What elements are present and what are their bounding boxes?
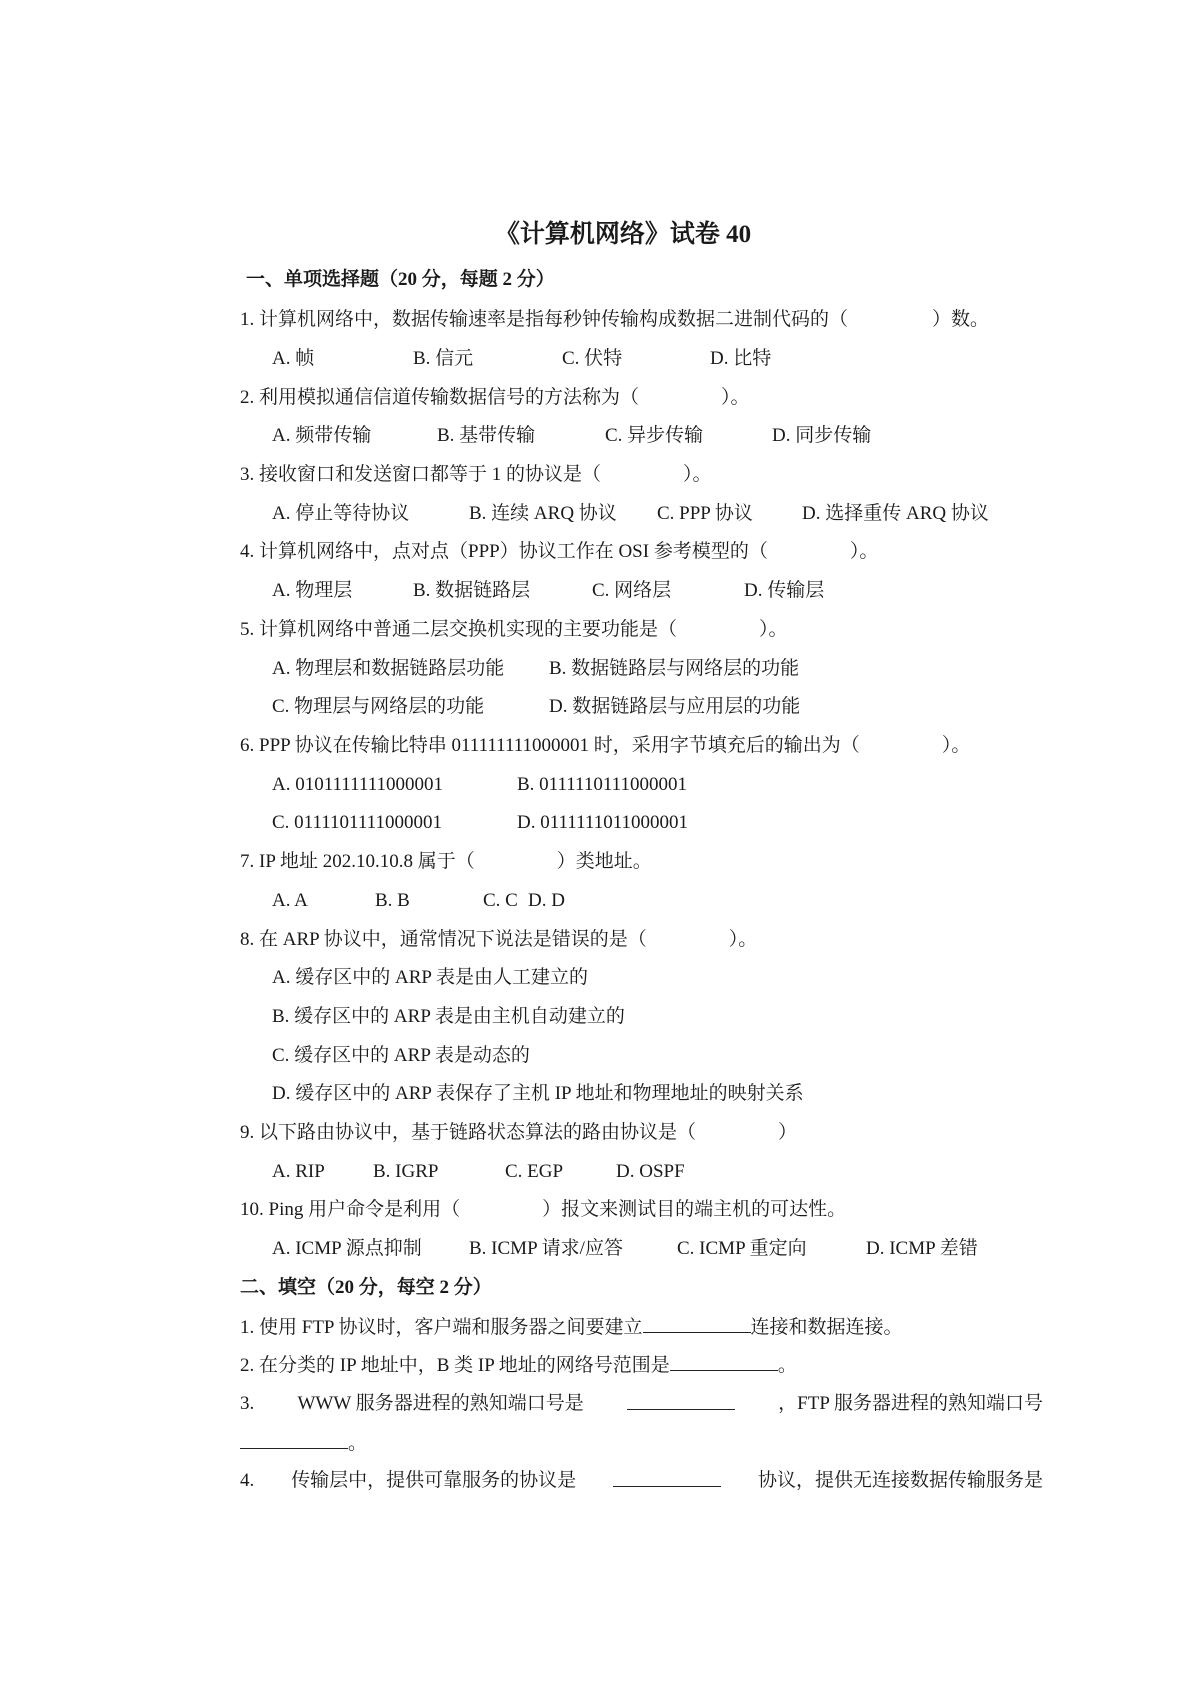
question-stem: PPP 协议在传输比特串 011111111000001 时，采用字节填充后的输… [259, 735, 860, 756]
fill-blank-4: 4. 传输层中，提供可靠服务的协议是 协议，提供无连接数据传输服务是 [240, 1466, 1043, 1496]
question-8-option-b: B. 缓存区中的 ARP 表是由主机自动建立的 [272, 1002, 625, 1032]
option-d: D. 比特 [710, 344, 771, 374]
option-c: C. 网络层 [592, 576, 671, 606]
question-5: 5. 计算机网络中普通二层交换机实现的主要功能是（）。 [240, 615, 788, 645]
question-stem: Ping 用户命令是利用（ [269, 1199, 461, 1220]
fill-blank-2: 2. 在分类的 IP 地址中，B 类 IP 地址的网络号范围是。 [240, 1350, 797, 1380]
option-c: C. PPP 协议 [657, 499, 753, 529]
question-8-option-d: D. 缓存区中的 ARP 表保存了主机 IP 地址和物理地址的映射关系 [272, 1079, 804, 1109]
option-b: B. 基带传输 [437, 421, 535, 451]
option-a: A. 频带传输 [272, 421, 371, 451]
question-3: 3. 接收窗口和发送窗口都等于 1 的协议是（）。 [240, 460, 712, 490]
option-d: D. D [528, 886, 565, 916]
question-number: 6. [240, 735, 254, 756]
question-2: 2. 利用模拟通信信道传输数据信号的方法称为（）。 [240, 383, 750, 413]
section-1-heading: 一、单项选择题（20 分，每题 2 分） [246, 265, 555, 295]
item-number: 2. [240, 1355, 254, 1376]
question-number: 9. [240, 1122, 254, 1143]
option-a: A. 帧 [272, 344, 314, 374]
option-c: C. 异步传输 [605, 421, 703, 451]
question-8-option-a: A. 缓存区中的 ARP 表是由人工建立的 [272, 963, 588, 993]
item-number: 1. [240, 1317, 254, 1338]
option-b: B. 连续 ARQ 协议 [469, 499, 617, 529]
option-b: B. B [375, 886, 410, 916]
option-a: A. 停止等待协议 [272, 499, 409, 529]
fill-blank-1: 1. 使用 FTP 协议时，客户端和服务器之间要建立连接和数据连接。 [240, 1312, 903, 1342]
question-number: 3. [240, 464, 254, 485]
option-b: B. ICMP 请求/应答 [469, 1234, 623, 1264]
section-2-heading: 二、填空（20 分，每空 2 分） [240, 1273, 492, 1303]
answer-blank [613, 1466, 721, 1487]
option-d: D. 0111111011000001 [517, 808, 688, 838]
question-number: 5. [240, 619, 254, 640]
question-number: 10. [240, 1199, 264, 1220]
option-b: B. 信元 [413, 344, 473, 374]
question-1: 1. 计算机网络中，数据传输速率是指每秒钟传输构成数据二进制代码的（）数。 [240, 305, 989, 335]
question-number: 4. [240, 541, 254, 562]
option-c: C. ICMP 重定向 [677, 1234, 807, 1264]
item-number: 3. [240, 1389, 254, 1419]
option-b: B. IGRP [373, 1157, 438, 1187]
question-number: 2. [240, 387, 254, 408]
fill-blank-3: 3. WWW 服务器进程的熟知端口号是 ，FTP 服务器进程的熟知端口号 [240, 1389, 1043, 1419]
question-stem: 计算机网络中，数据传输速率是指每秒钟传输构成数据二进制代码的（ [259, 309, 848, 330]
question-stem: 计算机网络中，点对点（PPP）协议工作在 OSI 参考模型的（ [259, 541, 768, 562]
option-b: B. 数据链路层与网络层的功能 [549, 654, 799, 684]
question-stem: 计算机网络中普通二层交换机实现的主要功能是（ [259, 619, 677, 640]
option-d: D. 同步传输 [772, 421, 871, 451]
fill-blank-3-continuation: 。 [240, 1428, 367, 1458]
option-c: C. EGP [505, 1157, 563, 1187]
option-c: C. 物理层与网络层的功能 [272, 692, 484, 722]
option-a: A. 0101111111000001 [272, 770, 443, 800]
item-number: 4. [240, 1466, 254, 1496]
option-d: D. 选择重传 ARQ 协议 [802, 499, 989, 529]
option-c: C. C [483, 886, 518, 916]
question-number: 1. [240, 309, 254, 330]
option-a: A. 物理层 [272, 576, 352, 606]
answer-blank [240, 1428, 348, 1449]
option-d: D. 数据链路层与应用层的功能 [549, 692, 800, 722]
question-8-option-c: C. 缓存区中的 ARP 表是动态的 [272, 1041, 530, 1071]
question-stem: 在 ARP 协议中，通常情况下说法是错误的是（ [259, 929, 647, 950]
question-number: 7. [240, 851, 254, 872]
answer-blank [670, 1350, 778, 1371]
option-d: D. 传输层 [744, 576, 824, 606]
option-d: D. ICMP 差错 [866, 1234, 978, 1264]
question-8: 8. 在 ARP 协议中，通常情况下说法是错误的是（）。 [240, 925, 757, 955]
question-stem: 以下路由协议中，基于链路状态算法的路由协议是（ [259, 1122, 696, 1143]
option-b: B. 0111110111000001 [517, 770, 687, 800]
question-9: 9. 以下路由协议中，基于链路状态算法的路由协议是（） [240, 1118, 797, 1148]
question-6: 6. PPP 协议在传输比特串 011111111000001 时，采用字节填充… [240, 731, 970, 761]
option-a: A. RIP [272, 1157, 325, 1187]
option-c: C. 0111101111000001 [272, 808, 442, 838]
question-stem: IP 地址 202.10.10.8 属于（ [259, 851, 475, 872]
option-a: A. 物理层和数据链路层功能 [272, 654, 504, 684]
question-10: 10. Ping 用户命令是利用（）报文来测试目的端主机的可达性。 [240, 1195, 846, 1225]
answer-blank [627, 1389, 735, 1410]
option-c: C. 伏特 [562, 344, 622, 374]
question-7: 7. IP 地址 202.10.10.8 属于（）类地址。 [240, 847, 652, 877]
question-stem: 接收窗口和发送窗口都等于 1 的协议是（ [259, 464, 601, 485]
option-d: D. OSPF [616, 1157, 685, 1187]
answer-blank [643, 1312, 751, 1333]
question-4: 4. 计算机网络中，点对点（PPP）协议工作在 OSI 参考模型的（）。 [240, 537, 878, 567]
option-b: B. 数据链路层 [413, 576, 530, 606]
question-number: 8. [240, 929, 254, 950]
exam-title: 《计算机网络》试卷 40 [0, 216, 1190, 254]
option-a: A. ICMP 源点抑制 [272, 1234, 422, 1264]
question-stem: 利用模拟通信信道传输数据信号的方法称为（ [259, 387, 639, 408]
option-a: A. A [272, 886, 308, 916]
